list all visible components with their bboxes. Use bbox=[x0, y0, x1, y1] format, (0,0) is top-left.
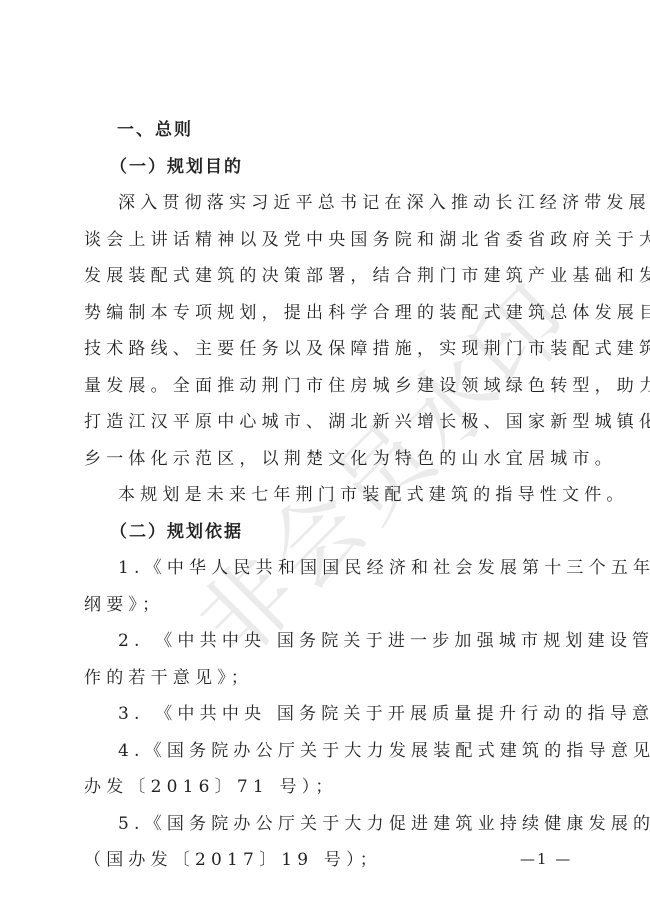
document-page: 非会员水印 一、总则 （一）规划目的 深入贯彻落实习近平总书记在深入推动长江经济… bbox=[0, 0, 650, 919]
paragraph-line: 乡一体化示范区，以荆楚文化为特色的山水宜居城市。 bbox=[84, 441, 576, 478]
list-item-line: 4.《国务院办公厅关于大力发展装配式建筑的指导意见》（国 bbox=[84, 733, 576, 770]
paragraph-line: 发展装配式建筑的决策部署，结合荆门市建筑产业基础和发展优 bbox=[84, 258, 576, 295]
list-item: 1.《中华人民共和国国民经济和社会发展第十三个五年规划 纲要》； bbox=[84, 550, 576, 623]
list-item: 5.《国务院办公厅关于大力促进建筑业持续健康发展的意见》 （国办发〔2017〕1… bbox=[84, 806, 576, 879]
page-number: —1 — bbox=[520, 850, 572, 868]
paragraph-line: 量发展。全面推动荆门市住房城乡建设领域绿色转型，助力荆门 bbox=[84, 368, 576, 405]
list-item-line: 作的若干意见》； bbox=[84, 660, 576, 697]
paragraph-line: 谈会上讲话精神以及党中央国务院和湖北省委省政府关于大力 bbox=[84, 222, 576, 259]
list-item: 2. 《中共中央 国务院关于进一步加强城市规划建设管理工 作的若干意见》； bbox=[84, 623, 576, 696]
list-item-line: 纲要》； bbox=[84, 587, 576, 624]
list-item-line: （国办发〔2017〕19 号）； bbox=[84, 842, 576, 879]
paragraph-scope: 本规划是未来七年荆门市装配式建筑的指导性文件。 bbox=[84, 477, 576, 514]
paragraph-line: 技术路线、主要任务以及保障措施，实现荆门市装配式建筑高质 bbox=[84, 331, 576, 368]
basis-list: 1.《中华人民共和国国民经济和社会发展第十三个五年规划 纲要》； 2. 《中共中… bbox=[84, 550, 576, 879]
list-item-line: 办发〔2016〕71 号）； bbox=[84, 769, 576, 806]
paragraph-purpose: 深入贯彻落实习近平总书记在深入推动长江经济带发展座 谈会上讲话精神以及党中央国务… bbox=[84, 185, 576, 477]
document-body: 一、总则 （一）规划目的 深入贯彻落实习近平总书记在深入推动长江经济带发展座 谈… bbox=[84, 112, 576, 879]
list-item-line: 2. 《中共中央 国务院关于进一步加强城市规划建设管理工 bbox=[84, 623, 576, 660]
list-item-line: 3. 《中共中央 国务院关于开展质量提升行动的指导意见》 bbox=[84, 696, 576, 733]
list-item: 3. 《中共中央 国务院关于开展质量提升行动的指导意见》 bbox=[84, 696, 576, 733]
section-heading-purpose: （一）规划目的 bbox=[84, 149, 576, 186]
list-item: 4.《国务院办公厅关于大力发展装配式建筑的指导意见》（国 办发〔2016〕71 … bbox=[84, 733, 576, 806]
list-item-line: 1.《中华人民共和国国民经济和社会发展第十三个五年规划 bbox=[84, 550, 576, 587]
chapter-heading: 一、总则 bbox=[84, 112, 576, 149]
list-item-line: 5.《国务院办公厅关于大力促进建筑业持续健康发展的意见》 bbox=[84, 806, 576, 843]
paragraph-line: 势编制本专项规划，提出科学合理的装配式建筑总体发展目标、 bbox=[84, 295, 576, 332]
section-heading-basis: （二）规划依据 bbox=[84, 514, 576, 551]
paragraph-line: 深入贯彻落实习近平总书记在深入推动长江经济带发展座 bbox=[84, 185, 576, 222]
paragraph-line: 打造江汉平原中心城市、湖北新兴增长极、国家新型城镇化和城 bbox=[84, 404, 576, 441]
